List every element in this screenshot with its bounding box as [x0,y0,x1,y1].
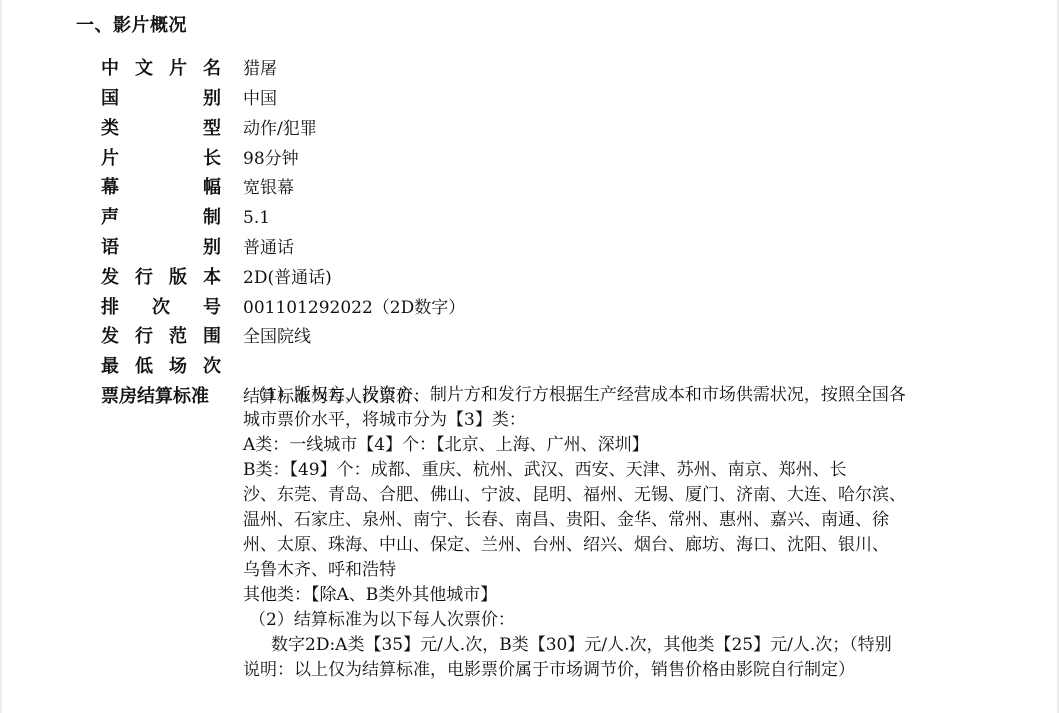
label-release-version: 发行版本 [101,263,221,293]
label-country: 国别 [101,84,221,114]
label-sound: 声制 [101,203,221,233]
value-release-scope: 全国院线 [243,322,311,352]
row-chinese-title: 中文片名 猎屠 [101,54,1001,84]
label-schedule-number: 排次号 [101,293,221,323]
value-language: 普通话 [243,233,294,263]
label-screen-format: 幕幅 [101,173,221,203]
value-chinese-title: 猎屠 [243,54,277,84]
label-minimum-screenings: 最低场次 [101,352,221,382]
row-runtime: 片长 98分钟 [101,144,1001,174]
category-a-line: A类：一线城市【4】个：【北京、上海、广州、深圳】 [243,433,1003,458]
value-screen-format: 宽银幕 [243,173,294,203]
row-sound: 声制 5.1 [101,203,1001,233]
category-b-line-1: B类：【49】个：成都、重庆、杭州、武汉、西安、天津、苏州、南京、郑州、长 [243,458,1003,483]
row-schedule-number: 排次号 001101292022（2D数字） [101,293,1001,323]
value-release-version: 2D(普通话) [243,263,332,293]
category-b-line-5: 乌鲁木齐、呼和浩特 [243,558,1003,583]
category-b-line-4: 州、太原、珠海、中山、保定、兰州、台州、绍兴、烟台、廊坊、海口、沈阳、银川、 [243,533,1003,558]
label-release-scope: 发行范围 [101,322,221,352]
settlement-price-line-2: 说明：以上仅为结算标准，电影票价属于市场调节价，销售价格由影院自行制定） [243,658,1003,683]
label-language: 语别 [101,233,221,263]
label-chinese-title: 中文片名 [101,54,221,84]
category-other-line: 其他类：【除A、B类外其他城市】 [243,583,1003,608]
settlement-details: （1）版权方、投资方、制片方和发行方根据生产经营成本和市场供需状况，按照全国各 … [243,383,1003,683]
row-release-version: 发行版本 2D(普通话) [101,263,1001,293]
category-b-line-2: 沙、东莞、青岛、合肥、佛山、宁波、昆明、福州、无锡、厦门、济南、大连、哈尔滨、 [243,483,1003,508]
page-edge-left [0,0,2,713]
section-title: 一、影片概况 [76,11,187,37]
category-b-line-3: 温州、石家庄、泉州、南宁、长春、南昌、贵阳、金华、常州、惠州、嘉兴、南通、徐 [243,508,1003,533]
settlement-line-1: （1）版权方、投资方、制片方和发行方根据生产经营成本和市场供需状况，按照全国各 [243,383,1003,408]
row-language: 语别 普通话 [101,233,1001,263]
settlement-price-heading: （2）结算标准为以下每人次票价： [243,608,1003,633]
settlement-price-line-1: 数字2D:A类【35】元/人.次，B类【30】元/人.次，其他类【25】元/人.… [243,633,1003,658]
value-schedule-number: 001101292022（2D数字） [243,293,465,323]
label-runtime: 片长 [101,144,221,174]
value-runtime: 98分钟 [243,144,299,174]
value-genre: 动作/犯罪 [243,114,317,144]
row-genre: 类型 动作/犯罪 [101,114,1001,144]
row-country: 国别 中国 [101,84,1001,114]
settlement-line-2: 城市票价水平，将城市分为【3】类： [243,408,1003,433]
value-sound: 5.1 [243,203,270,233]
label-genre: 类型 [101,114,221,144]
label-settlement-standard: 票房结算标准 [101,382,221,412]
row-screen-format: 幕幅 宽银幕 [101,173,1001,203]
row-release-scope: 发行范围 全国院线 [101,322,1001,352]
value-country: 中国 [243,84,277,114]
row-minimum-screenings: 最低场次 [101,352,1001,382]
